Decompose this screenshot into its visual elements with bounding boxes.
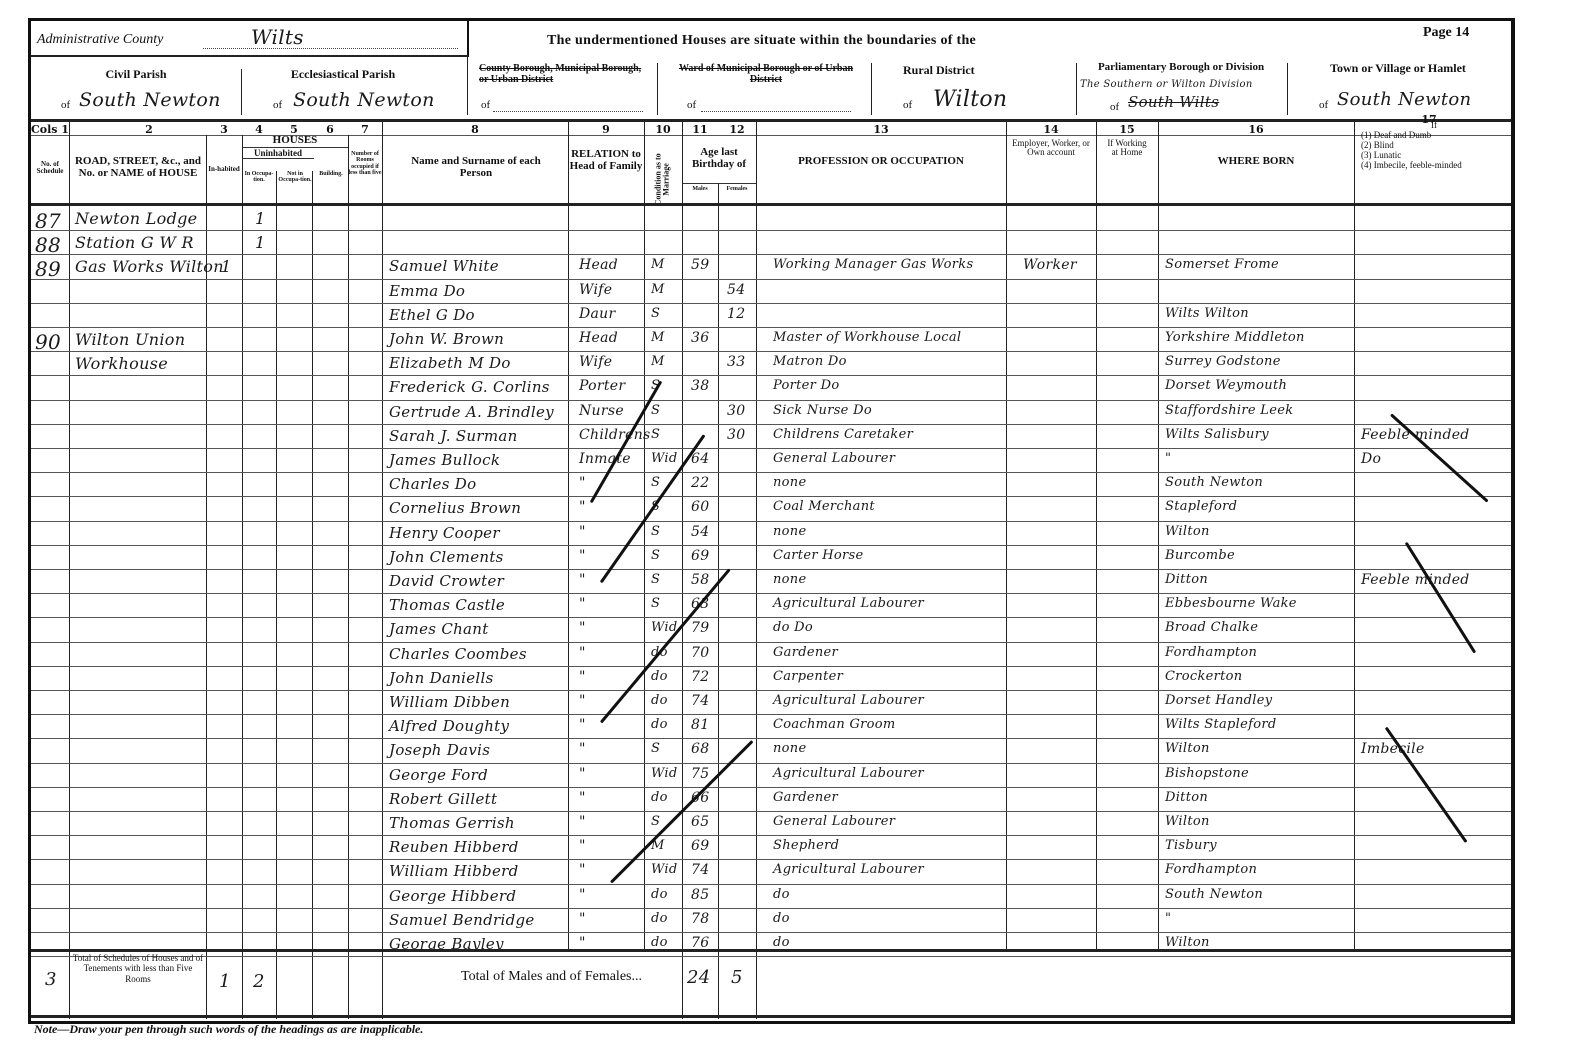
- person-name: Joseph Davis: [389, 741, 490, 759]
- marital-condition: S: [651, 427, 660, 442]
- birthplace: South Newton: [1165, 887, 1263, 902]
- col-header-age: Age last Birthday of: [682, 147, 756, 170]
- person-name: George Hibberd: [389, 887, 516, 905]
- table-row: Ethel G DoDaurS12Wilts Wilton: [31, 304, 1511, 328]
- relation: Wife: [579, 282, 612, 298]
- person-name: Charles Coombes: [389, 645, 527, 663]
- person-name: Cornelius Brown: [389, 499, 521, 517]
- person-name: Ethel G Do: [389, 306, 475, 324]
- relation: ": [579, 693, 586, 709]
- age-male: 60: [691, 499, 709, 515]
- age-male: 65: [691, 814, 709, 830]
- of-label: of: [273, 99, 282, 111]
- marital-condition: Wid: [651, 862, 678, 877]
- birthplace: Wilton: [1165, 524, 1210, 539]
- col-header-in-occupation: In Occupa-tion.: [242, 171, 276, 184]
- employer-status: Worker: [1023, 257, 1077, 273]
- relation: ": [579, 814, 586, 830]
- birthplace: South Newton: [1165, 475, 1263, 490]
- marital-condition: S: [651, 814, 660, 829]
- marital-condition: do: [651, 669, 668, 684]
- marital-condition: Wid: [651, 451, 678, 466]
- occupation: General Labourer: [773, 451, 895, 466]
- birthplace: ": [1165, 911, 1171, 926]
- birthplace: Broad Chalke: [1165, 620, 1258, 635]
- age-male: 85: [691, 887, 709, 903]
- marital-condition: S: [651, 306, 660, 321]
- table-row: Joseph Davis"S68noneWiltonImbecile: [31, 739, 1511, 763]
- relation: ": [579, 741, 586, 757]
- col-header-building: Building.: [314, 171, 348, 177]
- marital-condition: M: [651, 330, 665, 345]
- marital-condition: S: [651, 548, 660, 563]
- birthplace: Fordhampton: [1165, 862, 1257, 877]
- of-label: of: [687, 99, 696, 111]
- rural-district-label: Rural District: [903, 63, 975, 78]
- marital-condition: M: [651, 354, 665, 369]
- marital-condition: S: [651, 572, 660, 587]
- house-name: Station G W R: [75, 233, 194, 252]
- relation: ": [579, 766, 586, 782]
- table-row: 88Station G W R1: [31, 231, 1511, 255]
- occupation: none: [773, 741, 806, 756]
- age-male: 69: [691, 548, 709, 564]
- col-header-inhabited: In-habited: [206, 166, 242, 173]
- birthplace: Ebbesbourne Wake: [1165, 596, 1297, 611]
- person-name: Emma Do: [389, 282, 465, 300]
- table-row: Thomas Castle"S63Agricultural LabourerEb…: [31, 594, 1511, 618]
- of-label: of: [1110, 101, 1119, 113]
- table-row: WorkhouseElizabeth M DoWifeM33Matron DoS…: [31, 352, 1511, 376]
- birthplace: Bishopstone: [1165, 766, 1249, 781]
- age-male: 59: [691, 257, 709, 273]
- occupation: Gardener: [773, 790, 838, 805]
- col-header-houses: HOUSES: [242, 135, 348, 148]
- age-male: 64: [691, 451, 709, 467]
- table-row: 90Wilton UnionJohn W. BrownHeadM36Master…: [31, 328, 1511, 352]
- inhabited-count: 1: [221, 257, 231, 276]
- occupation: Carpenter: [773, 669, 843, 684]
- relation: ": [579, 669, 586, 685]
- marital-condition: S: [651, 403, 660, 418]
- occupation: Coal Merchant: [773, 499, 875, 514]
- person-name: Reuben Hibberd: [389, 838, 519, 856]
- relation: ": [579, 790, 586, 806]
- occupation: Master of Workhouse Local: [773, 330, 961, 345]
- birthplace: Fordhampton: [1165, 645, 1257, 660]
- birthplace: Wilton: [1165, 814, 1210, 829]
- age-male: 74: [691, 693, 709, 709]
- table-row: James BullockInmateWid64General Labourer…: [31, 449, 1511, 473]
- marital-condition: S: [651, 524, 660, 539]
- col-header-employer: Employer, Worker, or Own account: [1006, 139, 1096, 158]
- occupation: Carter Horse: [773, 548, 864, 563]
- table-row: Thomas Gerrish"S65General LabourerWilton: [31, 812, 1511, 836]
- page-number: Page 14: [1423, 25, 1469, 41]
- marital-condition: M: [651, 257, 665, 272]
- marital-condition: Wid: [651, 766, 678, 781]
- town-field: Town or Village or Hamlet of South Newto…: [1289, 57, 1507, 119]
- of-label: of: [903, 99, 912, 111]
- relation: Head: [579, 330, 618, 346]
- relation: ": [579, 911, 586, 927]
- total-inhabited: 1: [219, 971, 231, 992]
- table-row: Sarah J. SurmanChildrensS30Childrens Car…: [31, 425, 1511, 449]
- birthplace: Dorset Handley: [1165, 693, 1272, 708]
- relation: ": [579, 524, 586, 540]
- table-row: George Hibberd"do85doSouth Newton: [31, 885, 1511, 909]
- relation: Wife: [579, 354, 612, 370]
- age-male: 74: [691, 862, 709, 878]
- age-male: 38: [691, 378, 709, 394]
- parl-borough-note: The Southern or Wilton Division: [1080, 79, 1253, 90]
- county-borough-label: County Borough, Municipal Borough, or Ur…: [479, 63, 649, 85]
- age-male: 58: [691, 572, 709, 588]
- admin-county-value: Wilts: [251, 25, 304, 49]
- person-name: John W. Brown: [389, 330, 504, 348]
- table-row: Cornelius Brown"S60Coal MerchantStaplefo…: [31, 497, 1511, 521]
- birthplace: Burcombe: [1165, 548, 1235, 563]
- col-header-occupation: PROFESSION OR OCCUPATION: [756, 156, 1006, 168]
- occupation: Sick Nurse Do: [773, 403, 872, 418]
- birthplace: Wilts Stapleford: [1165, 717, 1277, 732]
- table-row: 89Gas Works Wilton1Samuel WhiteHeadM59Wo…: [31, 255, 1511, 279]
- table-row: William Dibben"do74Agricultural Labourer…: [31, 691, 1511, 715]
- marital-condition: S: [651, 596, 660, 611]
- birthplace: Ditton: [1165, 572, 1208, 587]
- civil-parish-label: Civil Parish: [31, 67, 241, 82]
- marital-condition: do: [651, 887, 668, 902]
- birthplace: Crockerton: [1165, 669, 1242, 684]
- person-name: William Hibberd: [389, 862, 519, 880]
- relation: ": [579, 620, 586, 636]
- marital-condition: S: [651, 741, 660, 756]
- relation: ": [579, 475, 586, 491]
- person-name: Thomas Gerrish: [389, 814, 515, 832]
- birthplace: Surrey Godstone: [1165, 354, 1281, 369]
- parl-borough-field: Parliamentary Borough or Division The So…: [1078, 57, 1284, 119]
- of-label: of: [1319, 99, 1328, 111]
- occupation: General Labourer: [773, 814, 895, 829]
- table-row: John Clements"S69Carter HorseBurcombe: [31, 546, 1511, 570]
- age-male: 36: [691, 330, 709, 346]
- relation: ": [579, 548, 586, 564]
- town-value: South Newton: [1337, 89, 1471, 110]
- marital-condition: do: [651, 790, 668, 805]
- occupation: none: [773, 572, 806, 587]
- schedule-number: 89: [35, 257, 61, 281]
- ward-label: Ward of Municipal Borough or of Urban Di…: [671, 63, 861, 85]
- relation: ": [579, 838, 586, 854]
- relation: ": [579, 499, 586, 515]
- person-name: Samuel White: [389, 257, 499, 275]
- occupation: do: [773, 935, 790, 950]
- of-label: of: [481, 99, 490, 111]
- occupation: Shepherd: [773, 838, 839, 853]
- birthplace: Tisbury: [1165, 838, 1217, 853]
- admin-county-box: Administrative County Wilts: [31, 21, 469, 57]
- table-row: Samuel Bendridge"do78do": [31, 909, 1511, 933]
- age-male: 79: [691, 620, 709, 636]
- infirmity: Feeble minded: [1361, 572, 1470, 588]
- age-female: 30: [727, 403, 745, 419]
- birthplace: Wilts Salisbury: [1165, 427, 1269, 442]
- col-header-rooms: Number of Rooms occupied if less than fi…: [348, 151, 382, 176]
- marital-condition: S: [651, 475, 660, 490]
- relation: ": [579, 862, 586, 878]
- birthplace: Wilts Wilton: [1165, 306, 1249, 321]
- col-header-infirmity: If (1) Deaf and Dumb (2) Blind (3) Lunat…: [1361, 121, 1507, 170]
- person-name: Henry Cooper: [389, 524, 500, 542]
- eccl-parish-field: Ecclesiastical Parish of South Newton: [243, 57, 463, 119]
- age-male: 69: [691, 838, 709, 854]
- person-name: Sarah J. Surman: [389, 427, 518, 445]
- occupation: Agricultural Labourer: [773, 862, 924, 877]
- relation: Daur: [579, 306, 615, 322]
- uninhabited-count: 1: [255, 233, 265, 252]
- total-females: 5: [731, 967, 743, 988]
- table-row: George Bayley"do76doWilton: [31, 933, 1511, 957]
- person-name: William Dibben: [389, 693, 510, 711]
- house-name: Workhouse: [75, 354, 168, 373]
- col-header-working-home: If Working at Home: [1106, 139, 1148, 158]
- footer-note: Note—Draw your pen through such words of…: [34, 1022, 423, 1037]
- marital-condition: do: [651, 717, 668, 732]
- age-male: 81: [691, 717, 709, 733]
- marital-condition: do: [651, 911, 668, 926]
- rural-district-field: Rural District of Wilton: [873, 57, 1073, 119]
- occupation: Porter Do: [773, 378, 839, 393]
- col-header-name: Name and Surname of each Person: [401, 156, 551, 179]
- admin-county-label: Administrative County: [37, 32, 163, 48]
- person-name: Gertrude A. Brindley: [389, 403, 554, 421]
- parl-borough-label: Parliamentary Borough or Division: [1078, 61, 1284, 73]
- table-row: 87Newton Lodge1: [31, 207, 1511, 231]
- person-name: David Crowter: [389, 572, 504, 590]
- table-row: Emma DoWifeM54: [31, 280, 1511, 304]
- marital-condition: do: [651, 935, 668, 950]
- table-row: William Hibberd"Wid74Agricultural Labour…: [31, 860, 1511, 884]
- age-female: 33: [727, 354, 745, 370]
- house-name: Gas Works Wilton: [75, 257, 224, 276]
- relation: Head: [579, 257, 618, 273]
- infirmity: Do: [1361, 451, 1381, 467]
- col-header-condition: Condition as to Marriage: [655, 149, 672, 209]
- civil-parish-value: South Newton: [79, 89, 221, 111]
- person-name: Frederick G. Corlins: [389, 378, 550, 396]
- relation: ": [579, 887, 586, 903]
- table-row: Robert Gillett"do66GardenerDitton: [31, 788, 1511, 812]
- col-header-males: Males: [682, 186, 718, 192]
- occupation: do: [773, 887, 790, 902]
- census-page: Administrative County Wilts The undermen…: [28, 18, 1515, 1024]
- occupation: Matron Do: [773, 354, 847, 369]
- occupation: do Do: [773, 620, 813, 635]
- county-borough-field: County Borough, Municipal Borough, or Ur…: [471, 57, 656, 119]
- birthplace: Stapleford: [1165, 499, 1237, 514]
- table-row: Frederick G. CorlinsPorterS38Porter DoDo…: [31, 376, 1511, 400]
- relation: Porter: [579, 378, 625, 394]
- table-row: George Ford"Wid75Agricultural LabourerBi…: [31, 764, 1511, 788]
- birthplace: Dorset Weymouth: [1165, 378, 1287, 393]
- relation: ": [579, 572, 586, 588]
- birthplace: Somerset Frome: [1165, 257, 1279, 272]
- schedule-number: 87: [35, 209, 61, 233]
- occupation: Coachman Groom: [773, 717, 896, 732]
- occupation: Agricultural Labourer: [773, 693, 924, 708]
- of-label: of: [61, 99, 70, 111]
- person-name: Robert Gillett: [389, 790, 497, 808]
- person-name: John Daniells: [389, 669, 494, 687]
- person-name: Elizabeth M Do: [389, 354, 511, 372]
- table-row: Charles Coombes"do70GardenerFordhampton: [31, 643, 1511, 667]
- occupation: Working Manager Gas Works: [773, 257, 973, 272]
- age-female: 54: [727, 282, 745, 298]
- person-name: James Chant: [389, 620, 489, 638]
- relation: ": [579, 645, 586, 661]
- person-name: George Ford: [389, 766, 488, 784]
- town-label: Town or Village or Hamlet: [1289, 61, 1507, 76]
- title-line: The undermentioned Houses are situate wi…: [547, 33, 976, 49]
- col-header-schedule: No. of Schedule: [31, 161, 69, 176]
- table-row: Alfred Doughty"do81Coachman GroomWilts S…: [31, 715, 1511, 739]
- col-header-females: Females: [718, 186, 756, 192]
- occupation: Gardener: [773, 645, 838, 660]
- house-name: Newton Lodge: [75, 209, 197, 228]
- person-name: Samuel Bendridge: [389, 911, 535, 929]
- col-header-uninhabited: Uninhabited: [242, 149, 314, 159]
- total-uninhabited: 2: [253, 971, 265, 992]
- age-male: 78: [691, 911, 709, 927]
- age-male: 70: [691, 645, 709, 661]
- table-row: Charles Do"S22noneSouth Newton: [31, 473, 1511, 497]
- marital-condition: M: [651, 282, 665, 297]
- col-header-road: ROAD, STREET, &c., and No. or NAME of HO…: [71, 156, 205, 179]
- total-schedules-count: 3: [45, 969, 57, 990]
- birthplace: Yorkshire Middleton: [1165, 330, 1305, 345]
- person-name: Charles Do: [389, 475, 476, 493]
- occupation: none: [773, 475, 806, 490]
- table-row: Henry Cooper"S54noneWilton: [31, 522, 1511, 546]
- occupation: Agricultural Labourer: [773, 596, 924, 611]
- relation: Childrens: [579, 427, 651, 443]
- col-header-where-born: WHERE BORN: [1158, 156, 1354, 168]
- person-name: John Clements: [389, 548, 504, 566]
- age-male: 68: [691, 741, 709, 757]
- infirmity: Imbecile: [1361, 741, 1425, 757]
- person-name: James Bullock: [389, 451, 500, 469]
- uninhabited-count: 1: [255, 209, 265, 228]
- age-male: 22: [691, 475, 709, 491]
- birthplace: Staffordshire Leek: [1165, 403, 1293, 418]
- person-name: Alfred Doughty: [389, 717, 509, 735]
- schedule-number: 90: [35, 330, 61, 354]
- table-row: Reuben Hibberd"M69ShepherdTisbury: [31, 836, 1511, 860]
- total-persons-label: Total of Males and of Females...: [461, 969, 642, 985]
- age-male: 72: [691, 669, 709, 685]
- relation: ": [579, 717, 586, 733]
- age-female: 12: [727, 306, 745, 322]
- birthplace: Wilton: [1165, 935, 1210, 950]
- age-male: 75: [691, 766, 709, 782]
- table-row: James Chant"Wid79do DoBroad Chalke: [31, 618, 1511, 642]
- col-header-not-in-occupation: Not in Occupa-tion.: [277, 171, 313, 184]
- schedule-number: 88: [35, 233, 61, 257]
- total-males: 24: [687, 967, 711, 988]
- relation: Nurse: [579, 403, 624, 419]
- marital-condition: do: [651, 693, 668, 708]
- occupation: do: [773, 911, 790, 926]
- table-row: David Crowter"S58noneDittonFeeble minded: [31, 570, 1511, 594]
- eccl-parish-label: Ecclesiastical Parish: [243, 67, 443, 82]
- ward-field: Ward of Municipal Borough or of Urban Di…: [661, 57, 866, 119]
- age-male: 54: [691, 524, 709, 540]
- eccl-parish-value: South Newton: [293, 89, 435, 111]
- rural-district-value: Wilton: [933, 87, 1007, 112]
- occupation: Childrens Caretaker: [773, 427, 913, 442]
- occupation: none: [773, 524, 806, 539]
- relation: Inmate: [579, 451, 631, 467]
- total-schedules-label: Total of Schedules of Houses and of Tene…: [71, 953, 205, 984]
- person-name: Thomas Castle: [389, 596, 505, 614]
- table-row: John Daniells"do72CarpenterCrockerton: [31, 667, 1511, 691]
- infirmity-option: (4) Imbecile, feeble-minded: [1361, 161, 1507, 171]
- birthplace: Ditton: [1165, 790, 1208, 805]
- age-female: 30: [727, 427, 745, 443]
- col-header-relation: RELATION to Head of Family: [568, 149, 644, 172]
- civil-parish-field: Civil Parish of South Newton: [31, 57, 241, 119]
- house-name: Wilton Union: [75, 330, 185, 349]
- occupation: Agricultural Labourer: [773, 766, 924, 781]
- parl-borough-value: South Wilts: [1128, 93, 1219, 111]
- birthplace: Wilton: [1165, 741, 1210, 756]
- table-row: Gertrude A. BrindleyNurseS30Sick Nurse D…: [31, 401, 1511, 425]
- birthplace: ": [1165, 451, 1171, 466]
- relation: ": [579, 596, 586, 612]
